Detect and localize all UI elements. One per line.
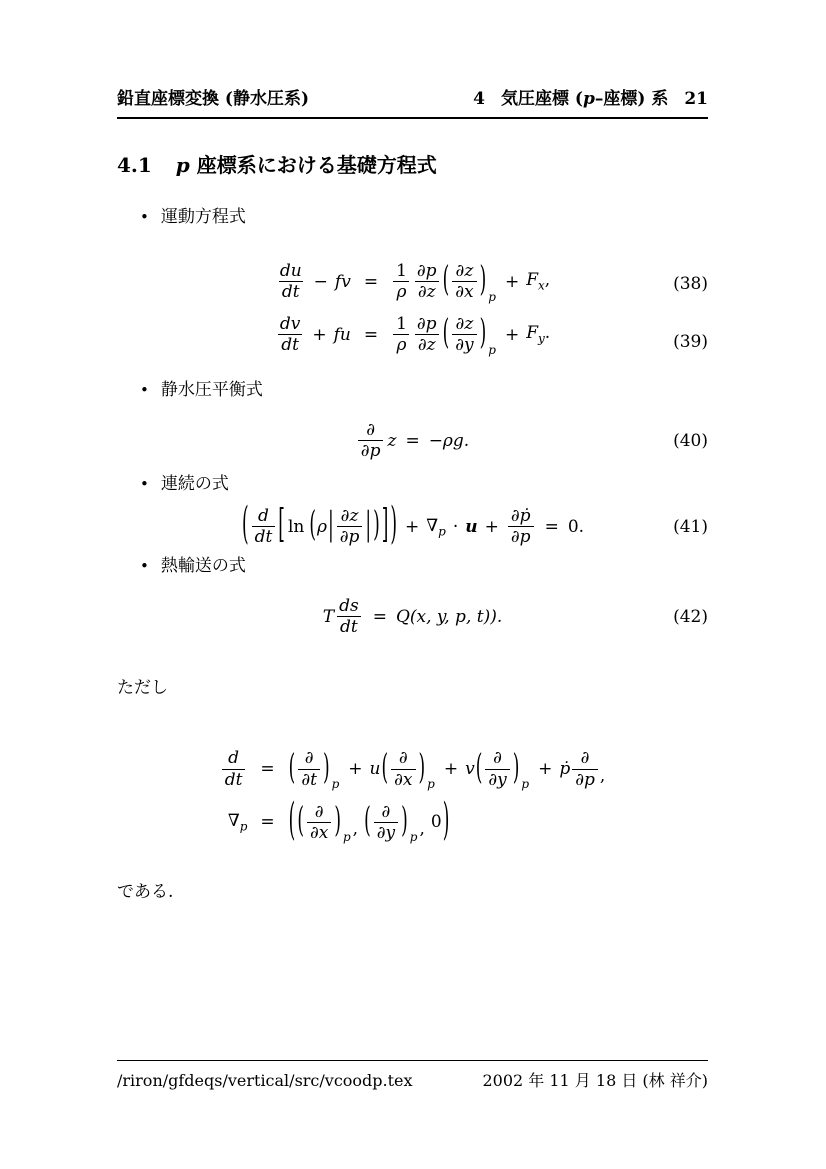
paren-subscript-p: p bbox=[488, 343, 496, 357]
symbol-v: v bbox=[465, 759, 475, 779]
header-title-post: –座標) 系 bbox=[595, 89, 668, 109]
outer-right-paren: ) bbox=[390, 505, 397, 549]
fraction-d-dp: ∂∂p bbox=[358, 420, 384, 461]
denominator: ∂x bbox=[452, 281, 476, 302]
document-page: 鉛直座標変換 (静水圧系) 4 気圧座標 (p–座標) 系 21 4.1 p 座… bbox=[0, 0, 826, 1169]
numerator: ∂ bbox=[379, 802, 394, 822]
numerator: ∂z bbox=[453, 314, 477, 334]
left-paren: ( bbox=[443, 317, 450, 352]
ln-operator: ln bbox=[288, 517, 304, 537]
fraction-dz-dx: ∂z∂x bbox=[452, 261, 476, 302]
denominator: ∂x bbox=[307, 822, 331, 843]
denominator: ∂y bbox=[485, 769, 509, 790]
vector-u: u bbox=[465, 517, 477, 537]
numerator: ∂ bbox=[302, 748, 317, 768]
footer-file-path: /riron/gfdeqs/vertical/src/vcoodp.tex bbox=[117, 1071, 413, 1090]
fraction-dz-dy: ∂z∂y bbox=[452, 314, 476, 355]
subscript-y: y bbox=[538, 332, 545, 346]
def-nabla-rhs: ( ( ∂∂x ) p , ( ∂∂y ) p , 0 ) bbox=[288, 802, 451, 843]
equals-sign: = bbox=[545, 517, 559, 537]
left-paren: ( bbox=[364, 805, 371, 840]
numerator: ∂ bbox=[312, 802, 327, 822]
nabla-p: ∇p bbox=[426, 516, 446, 538]
bullet-icon: • bbox=[140, 381, 149, 399]
numerator: ∂ṗ bbox=[508, 506, 534, 526]
outer-left-paren: ( bbox=[242, 505, 249, 549]
numerator: ds bbox=[336, 596, 362, 616]
right-paren: ) bbox=[480, 317, 487, 352]
bullet-label-heat: 熱輸送の式 bbox=[161, 551, 246, 576]
denominator: ρ bbox=[393, 334, 409, 355]
term-Q-function: Q(x, y, p, t)). bbox=[396, 607, 502, 627]
bullet-label-motion: 運動方程式 bbox=[161, 202, 246, 227]
equals-sign: = bbox=[364, 325, 378, 345]
denominator: ∂p bbox=[358, 440, 384, 461]
fraction-dp-dz: ∂p∂z bbox=[414, 314, 440, 355]
term-fu: fu bbox=[334, 325, 351, 345]
left-paren: ( bbox=[476, 752, 483, 787]
denominator: dt bbox=[278, 334, 302, 355]
term-Fx: Fx, bbox=[526, 270, 550, 292]
numerator: d bbox=[225, 748, 242, 768]
denominator: ∂y bbox=[374, 822, 398, 843]
minus-operator: − bbox=[314, 272, 328, 292]
symbol-rho: ρ bbox=[317, 517, 327, 537]
def-ddt-rhs: ( ∂∂t ) p + u ( ∂∂x ) p + v ( ∂∂y ) p + … bbox=[288, 748, 606, 789]
eq39-equals: = bbox=[351, 325, 391, 345]
header-right: 4 気圧座標 (p–座標) 系 21 bbox=[473, 84, 708, 109]
right-paren: ) bbox=[401, 805, 408, 840]
comma: , bbox=[419, 819, 424, 839]
denominator: ∂z bbox=[415, 281, 439, 302]
numerator: ∂p bbox=[414, 261, 440, 281]
plus-operator: + bbox=[444, 759, 458, 779]
plus-operator: + bbox=[505, 272, 519, 292]
equation-41: ( ddt [ ln ( ρ | ∂z∂p | ) ] ) + ∇p · u +… bbox=[117, 506, 708, 547]
left-paren: ( bbox=[443, 264, 450, 299]
numerator: ∂z bbox=[453, 261, 477, 281]
eq39-rhs: 1ρ ∂p∂z ( ∂z∂y ) p + Fy. bbox=[391, 314, 550, 355]
outer-left-paren: ( bbox=[289, 800, 296, 844]
equals-sign: = bbox=[260, 812, 274, 832]
fraction-dp-dz: ∂p∂z bbox=[414, 261, 440, 302]
eq38-rhs: 1ρ ∂p∂z ( ∂z∂x ) p + Fx, bbox=[391, 261, 550, 302]
header-title-var: p bbox=[583, 89, 595, 109]
symbol-F: F bbox=[526, 323, 538, 343]
comma: , bbox=[600, 766, 605, 786]
paren-subscript-p: p bbox=[332, 777, 340, 791]
bullet-item-motion: • 運動方程式 bbox=[117, 202, 708, 227]
fraction-d-dt: ddt bbox=[252, 506, 276, 547]
eq39-lhs: dvdt + fu bbox=[275, 314, 351, 355]
fraction-d-dx: ∂∂x bbox=[391, 748, 415, 789]
running-title: 鉛直座標変換 (静水圧系) bbox=[117, 84, 309, 109]
symbol-T: T bbox=[323, 607, 334, 627]
fraction-1-rho: 1ρ bbox=[393, 314, 410, 355]
denominator: ∂p bbox=[337, 526, 363, 547]
bullet-item-continuity: • 連続の式 bbox=[117, 469, 708, 494]
fraction-d-dx: ∂∂x bbox=[307, 802, 331, 843]
paren-subscript-p: p bbox=[521, 777, 529, 791]
denominator: dt bbox=[279, 281, 303, 302]
fraction-d-dy: ∂∂y bbox=[374, 802, 398, 843]
numerator: ∂ bbox=[578, 748, 593, 768]
denominator: ∂t bbox=[298, 769, 320, 790]
plus-operator: + bbox=[348, 759, 362, 779]
header-section-title: 気圧座標 (p–座標) 系 bbox=[501, 84, 668, 109]
bullet-icon: • bbox=[140, 475, 149, 493]
symbol-F: F bbox=[526, 270, 538, 290]
paren-subscript-p: p bbox=[427, 777, 435, 791]
fraction-ds-dt: dsdt bbox=[336, 596, 362, 637]
fraction-dpdot-dp: ∂ṗ∂p bbox=[508, 506, 534, 547]
term-fv: fv bbox=[335, 272, 351, 292]
def-nabla-lhs: ∇p bbox=[228, 811, 248, 833]
section-title: 座標系における基礎方程式 bbox=[197, 149, 437, 178]
dot-operator: · bbox=[453, 517, 458, 537]
equation-40: ∂∂p z = −ρg. (40) bbox=[117, 420, 708, 461]
plus-operator: + bbox=[485, 517, 499, 537]
equation-pair-motion: dudt − fv = 1ρ ∂p∂z ( ∂z∂x ) p + Fx, dvd… bbox=[117, 261, 708, 355]
page-header: 鉛直座標変換 (静水圧系) 4 気圧座標 (p–座標) 系 21 bbox=[117, 0, 708, 109]
subscript-p: p bbox=[438, 524, 446, 538]
term-zero: 0. bbox=[568, 517, 584, 537]
denominator: ∂y bbox=[452, 334, 476, 355]
denominator: dt bbox=[252, 526, 276, 547]
eq38-lhs: dudt − fv bbox=[275, 261, 351, 302]
def-nabla-equals: = bbox=[247, 812, 287, 832]
inner-right-paren: ) bbox=[373, 509, 380, 544]
bullet-icon: • bbox=[140, 208, 149, 226]
fraction-du-dt: dudt bbox=[277, 261, 305, 302]
fraction-dz-dp: ∂z∂p bbox=[337, 506, 363, 547]
section-number: 4.1 bbox=[117, 153, 152, 177]
right-paren: ) bbox=[419, 752, 426, 787]
denominator: ∂z bbox=[415, 334, 439, 355]
denominator: ρ bbox=[393, 281, 409, 302]
page-number: 21 bbox=[684, 89, 708, 109]
numerator: ∂p bbox=[414, 314, 440, 334]
bullet-label-hydrostatic: 静水圧平衡式 bbox=[161, 375, 263, 400]
numerator: d bbox=[255, 506, 272, 526]
bullet-label-continuity: 連続の式 bbox=[161, 469, 229, 494]
denominator: dt bbox=[337, 616, 361, 637]
equation-number-40: (40) bbox=[673, 431, 708, 451]
denominator: ∂p bbox=[508, 526, 534, 547]
term-minus-rho-g: −ρg. bbox=[429, 431, 470, 451]
header-title-pre: 気圧座標 ( bbox=[501, 89, 583, 109]
equation-number-38: (38) bbox=[673, 274, 708, 294]
left-paren: ( bbox=[381, 752, 388, 787]
variable-z: z bbox=[387, 431, 396, 451]
paren-subscript-p: p bbox=[488, 290, 496, 304]
footer-date-author: 2002 年 11 月 18 日 (林 祥介) bbox=[482, 1068, 708, 1091]
left-bracket: [ bbox=[278, 507, 285, 546]
period: . bbox=[545, 323, 550, 343]
fraction-d-dy: ∂∂y bbox=[485, 748, 509, 789]
text-tadashi: ただし bbox=[117, 673, 708, 698]
subscript-p: p bbox=[240, 819, 248, 833]
equation-number-41: (41) bbox=[673, 517, 708, 537]
nabla-symbol: ∇ bbox=[228, 811, 240, 831]
equation-number-39: (39) bbox=[673, 332, 708, 352]
inner-left-paren: ( bbox=[309, 509, 316, 544]
header-rule bbox=[117, 117, 708, 119]
denominator: dt bbox=[222, 769, 246, 790]
equals-sign: = bbox=[364, 272, 378, 292]
numerator: 1 bbox=[393, 261, 410, 281]
nabla-p: ∇p bbox=[228, 811, 248, 833]
numerator: ∂ bbox=[363, 420, 378, 440]
left-abs-bar: | bbox=[328, 511, 334, 543]
term-Fy: Fy. bbox=[526, 323, 550, 345]
fraction-1-rho: 1ρ bbox=[393, 261, 410, 302]
plus-operator: + bbox=[505, 325, 519, 345]
plus-operator: + bbox=[405, 517, 419, 537]
header-section-number: 4 bbox=[473, 89, 485, 109]
fraction-d-dt: ddt bbox=[222, 748, 246, 789]
right-paren: ) bbox=[334, 805, 341, 840]
outer-right-paren: ) bbox=[443, 800, 450, 844]
symbol-pdot: ṗ bbox=[559, 759, 570, 779]
def-ddt-equals: = bbox=[247, 759, 287, 779]
nabla-symbol: ∇ bbox=[426, 516, 438, 536]
right-paren: ) bbox=[513, 752, 520, 787]
numerator: ∂ bbox=[490, 748, 505, 768]
numerator: ∂z bbox=[338, 506, 362, 526]
bullet-item-hydrostatic: • 静水圧平衡式 bbox=[117, 375, 708, 400]
fraction-d-dtvar: ∂∂t bbox=[298, 748, 320, 789]
fraction-dv-dt: dvdt bbox=[277, 314, 304, 355]
plus-operator: + bbox=[312, 325, 326, 345]
right-paren: ) bbox=[480, 264, 487, 299]
section-title-var: p bbox=[176, 153, 190, 177]
left-paren: ( bbox=[297, 805, 304, 840]
text-dearu: である. bbox=[117, 877, 708, 902]
right-bracket: ] bbox=[382, 507, 389, 546]
definition-pair: ddt = ( ∂∂t ) p + u ( ∂∂x ) p + v ( ∂∂y … bbox=[117, 748, 708, 842]
bullet-icon: • bbox=[140, 557, 149, 575]
bullet-item-heat: • 熱輸送の式 bbox=[117, 551, 708, 576]
eq38-equals: = bbox=[351, 272, 391, 292]
left-paren: ( bbox=[289, 752, 296, 787]
plus-operator: + bbox=[538, 759, 552, 779]
right-abs-bar: | bbox=[365, 511, 371, 543]
equals-sign: = bbox=[373, 607, 387, 627]
symbol-u: u bbox=[370, 759, 381, 779]
fraction-d-dp: ∂∂p bbox=[572, 748, 598, 789]
right-paren: ) bbox=[323, 752, 330, 787]
subscript-x: x bbox=[538, 279, 545, 293]
denominator: ∂x bbox=[391, 769, 415, 790]
zero: 0 bbox=[431, 812, 442, 832]
numerator: ∂ bbox=[396, 748, 411, 768]
def-ddt-lhs: ddt bbox=[220, 748, 248, 789]
comma: , bbox=[545, 270, 550, 290]
equation-number-42: (42) bbox=[673, 607, 708, 627]
denominator: ∂p bbox=[572, 769, 598, 790]
numerator: 1 bbox=[393, 314, 410, 334]
numerator: dv bbox=[277, 314, 304, 334]
section-heading: 4.1 p 座標系における基礎方程式 bbox=[117, 149, 708, 178]
comma: , bbox=[353, 819, 358, 839]
equals-sign: = bbox=[405, 431, 419, 451]
numerator: du bbox=[277, 261, 305, 281]
paren-subscript-p: p bbox=[410, 830, 418, 844]
equals-sign: = bbox=[260, 759, 274, 779]
paren-subscript-p: p bbox=[343, 830, 351, 844]
equation-42: T dsdt = Q(x, y, p, t)). (42) bbox=[117, 596, 708, 637]
page-footer: /riron/gfdeqs/vertical/src/vcoodp.tex 20… bbox=[117, 1060, 708, 1091]
